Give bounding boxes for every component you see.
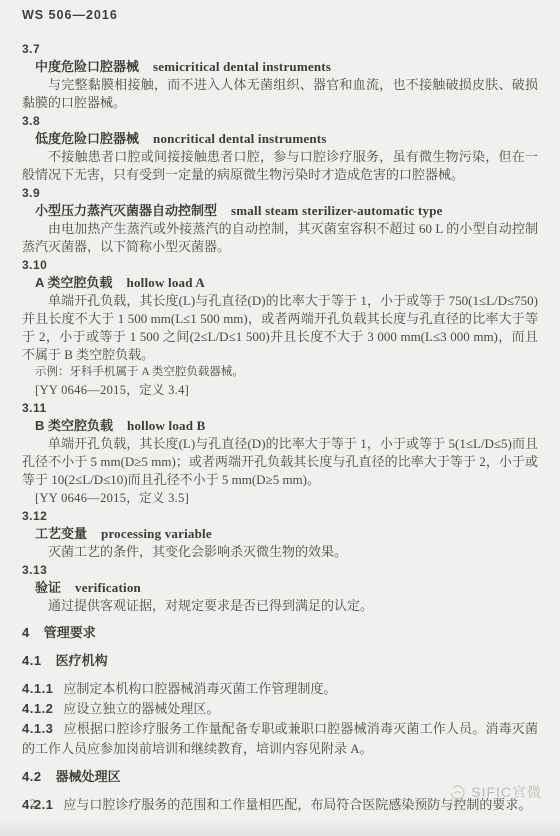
term-title-en: verification [75,580,141,595]
watermark: SIFIC官微 [449,782,542,802]
term-paragraph: 不接触患者口腔或间接接触患者口腔，参与口腔诊疗服务，虽有微生物污染，但在一般情况… [22,148,538,184]
term-title: A 类空腔负载hollow load A [22,274,538,292]
term-body: 通过提供客观证据，对规定要求是否已得到满足的认定。 [22,597,538,615]
document-page: WS 506—2016 3.7 中度危险口腔器械semicritical den… [0,0,560,836]
subsection-heading: 4.1医疗机构 [22,651,538,671]
term-body: 与完整黏膜相接触，而不进入人体无菌组织、器官和血流，也不接触破损皮肤、破损黏膜的… [22,76,538,112]
term-title: 验证verification [22,579,538,597]
page-number: 2 [30,798,36,810]
term-title-zh: 验证 [35,580,61,595]
term-paragraph: 通过提供客观证据，对规定要求是否已得到满足的认定。 [22,597,538,615]
term-title: 中度危险口腔器械semicritical dental instruments [22,58,538,76]
term-paragraph: 与完整黏膜相接触，而不进入人体无菌组织、器官和血流，也不接触破损皮肤、破损黏膜的… [22,76,538,112]
term-title: 工艺变量processing variable [22,525,538,543]
term-number: 3.12 [22,507,538,525]
term-number: 3.10 [22,256,538,274]
term-section: 3.13 验证verification 通过提供客观证据，对规定要求是否已得到满… [22,561,538,615]
term-paragraph: 由电加热产生蒸汽或外接蒸汽的自动控制，其灭菌室容积不超过 60 L 的小型自动控… [22,220,538,256]
standard-code-header: WS 506—2016 [22,7,538,23]
term-body: 单端开孔负载，其长度(L)与孔直径(D)的比率大于等于 1，小于或等于 5(1≤… [22,435,538,489]
term-section: 3.11 B 类空腔负载hollow load B 单端开孔负载，其长度(L)与… [22,399,538,507]
term-body: 灭菌工艺的条件，其变化会影响杀灭微生物的效果。 [22,543,538,561]
watermark-label: SIFIC官微 [471,782,542,802]
term-section: 3.7 中度危险口腔器械semicritical dental instrume… [22,40,538,112]
term-paragraph: 单端开孔负载，其长度(L)与孔直径(D)的比率大于等于 1，小于或等于 750(… [22,292,538,364]
clause: 4.1.1应制定本机构口腔器械消毒灭菌工作管理制度。 [22,679,538,699]
clause-number: 4.1.1 [22,681,53,696]
term-number: 3.9 [22,184,538,202]
term-title-zh: 工艺变量 [35,526,87,541]
chapter-number: 4 [22,625,30,640]
subsection-number: 4.1 [22,653,42,668]
term-title-zh: B 类空腔负载 [35,418,113,433]
term-ref: [YY 0646—2015，定义 3.5] [22,489,538,507]
clause-number: 4.2.1 [22,797,53,812]
term-section: 3.8 低度危险口腔器械noncritical dental instrumen… [22,112,538,184]
term-title-zh: A 类空腔负载 [35,275,113,290]
clause-text: 应根据口腔诊疗服务工作量配备专职或兼职口腔器械消毒灭菌工作人员。消毒灭菌的工作人… [22,721,538,756]
term-ref: [YY 0646—2015，定义 3.4] [22,381,538,399]
clause-number: 4.1.2 [22,701,53,716]
term-title: 低度危险口腔器械noncritical dental instruments [22,130,538,148]
term-section: 3.12 工艺变量processing variable 灭菌工艺的条件，其变化… [22,507,538,561]
term-title-zh: 低度危险口腔器械 [35,131,139,146]
term-number: 3.11 [22,399,538,417]
term-title-zh: 小型压力蒸汽灭菌器自动控制型 [35,203,217,218]
term-note: 示例：牙科手机属于 A 类空腔负载器械。 [22,364,538,381]
term-title-zh: 中度危险口腔器械 [35,59,139,74]
subsection-number: 4.2 [22,769,42,784]
subsection-title: 医疗机构 [56,653,108,668]
term-title-en: semicritical dental instruments [153,59,331,74]
term-title-en: small steam sterilizer-automatic type [231,203,443,218]
clause: 4.1.3应根据口腔诊疗服务工作量配备专职或兼职口腔器械消毒灭菌工作人员。消毒灭… [22,719,538,759]
term-number: 3.8 [22,112,538,130]
term-paragraph: 单端开孔负载，其长度(L)与孔直径(D)的比率大于等于 1，小于或等于 5(1≤… [22,435,538,489]
term-title-en: noncritical dental instruments [153,131,327,146]
term-body: 由电加热产生蒸汽或外接蒸汽的自动控制，其灭菌室容积不超过 60 L 的小型自动控… [22,220,538,256]
term-number: 3.13 [22,561,538,579]
clause-text: 应制定本机构口腔器械消毒灭菌工作管理制度。 [63,681,336,696]
term-title: B 类空腔负载hollow load B [22,417,538,435]
term-body: 不接触患者口腔或间接接触患者口腔，参与口腔诊疗服务，虽有微生物污染，但在一般情况… [22,148,538,184]
term-section: 3.9 小型压力蒸汽灭菌器自动控制型small steam sterilizer… [22,184,538,256]
clause-number: 4.1.3 [22,721,53,736]
term-title-en: hollow load A [127,275,205,290]
chapter-title: 管理要求 [44,625,96,640]
terms-list: 3.7 中度危险口腔器械semicritical dental instrume… [22,40,538,615]
subsection-title: 器械处理区 [56,769,121,784]
clause-text: 应设立独立的器械处理区。 [63,701,219,716]
clause: 4.1.2应设立独立的器械处理区。 [22,699,538,719]
term-title-en: processing variable [101,526,212,541]
term-section: 3.10 A 类空腔负载hollow load A 单端开孔负载，其长度(L)与… [22,256,538,399]
term-body: 单端开孔负载，其长度(L)与孔直径(D)的比率大于等于 1，小于或等于 750(… [22,292,538,364]
term-number: 3.7 [22,40,538,58]
page-content: WS 506—2016 3.7 中度危险口腔器械semicritical den… [0,0,560,815]
term-title: 小型压力蒸汽灭菌器自动控制型small steam sterilizer-aut… [22,202,538,220]
chapter-heading: 4管理要求 [22,623,538,643]
term-title-en: hollow load B [127,418,205,433]
sific-logo-icon [449,784,466,801]
term-paragraph: 灭菌工艺的条件，其变化会影响杀灭微生物的效果。 [22,543,538,561]
